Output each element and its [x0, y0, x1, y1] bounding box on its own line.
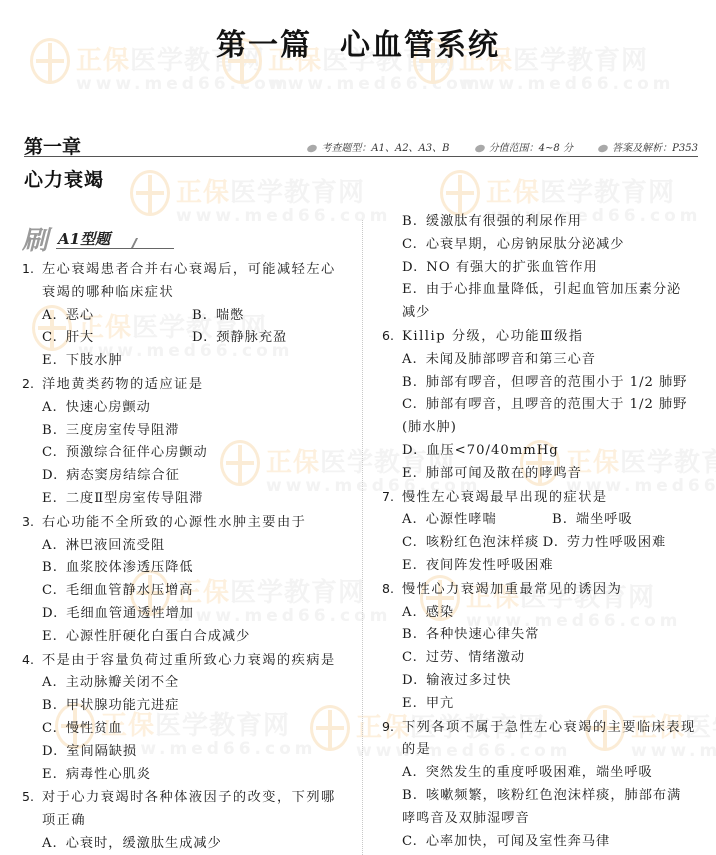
- question-stem: 6.Killip 分级，心功能Ⅲ级指: [382, 325, 702, 349]
- option-a: A.淋巴液回流受阻: [22, 535, 344, 558]
- meta-score-range: 分值范围：4~8 分: [475, 143, 573, 154]
- chapter-name: 心力衰竭: [24, 165, 104, 192]
- option-b: B.甲状腺功能亢进症: [22, 695, 344, 718]
- chapter-label: 第一章: [24, 132, 81, 159]
- leaf-bullet-icon: [306, 144, 318, 154]
- option-c: C.心率加快，可闻及室性奔马律: [382, 831, 702, 854]
- option-c: C.肺部有啰音，且啰音的范围大于 1/2 肺野: [382, 394, 702, 417]
- option-a: A.主动脉瓣关闭不全: [22, 672, 344, 695]
- watermark-logo-icon: [130, 170, 170, 216]
- option-d: D.颈静脉充盈: [192, 327, 342, 350]
- section-prefix: 刷: [22, 220, 48, 257]
- option-a: A.恶心: [42, 305, 192, 328]
- question-stem: 3.右心功能不全所致的心源性水肿主要由于: [22, 511, 344, 535]
- question-stem: 9.下列各项不属于急性左心衰竭的主要临床表现的是: [382, 716, 702, 763]
- question-stem: 2.洋地黄类药物的适应证是: [22, 373, 344, 397]
- option-d: D.毛细血管通透性增加: [22, 603, 344, 626]
- option-c: C.慢性贫血: [22, 718, 344, 741]
- question-5: 5.对于心力衰竭时各种体液因子的改变，下列哪项正确 A.心衰时，缓激肽生成减少: [22, 786, 344, 855]
- question-9: 9.下列各项不属于急性左心衰竭的主要临床表现的是 A.突然发生的重度呼吸困难，端…: [382, 716, 702, 854]
- option-c: C.咳粉红色泡沫样痰: [402, 532, 543, 555]
- question-stem: 7.慢性左心衰竭最早出现的症状是: [382, 486, 702, 510]
- leaf-bullet-icon: [597, 144, 609, 154]
- question-5-continued: B.缓激肽有很强的利尿作用 C.心衰早期，心房钠尿肽分泌减少 D.NO 有强大的…: [382, 211, 702, 325]
- option-d: D.输液过多过快: [382, 670, 702, 693]
- option-a: A.心源性哮喘: [402, 509, 552, 532]
- section-type: A1型题: [58, 228, 110, 249]
- option-c: C.肝大: [42, 327, 192, 350]
- option-c: C.心衰早期，心房钠尿肽分泌减少: [382, 234, 702, 257]
- option-b: B.喘憋: [192, 305, 342, 328]
- question-2: 2.洋地黄类药物的适应证是 A.快速心房颤动 B.三度房室传导阻滞 C.预激综合…: [22, 373, 344, 511]
- question-4: 4.不是由于容量负荷过重所致心力衰竭的疾病是 A.主动脉瓣关闭不全 B.甲状腺功…: [22, 649, 344, 787]
- option-a: A.心衰时，缓激肽生成减少: [22, 833, 344, 855]
- option-d: D.劳力性呼吸困难: [543, 532, 702, 555]
- option-d: D.NO 有强大的扩张血管作用: [382, 257, 702, 280]
- option-d: D.血压<70/40mmHg: [382, 440, 702, 463]
- option-b-continued: 哮鸣音及双肺湿啰音: [382, 808, 702, 831]
- option-e: E.肺部可闻及散在的哮鸣音: [382, 463, 702, 486]
- question-8: 8.慢性心力衰竭加重最常见的诱因为 A.感染 B.各种快速心律失常 C.过劳、情…: [382, 578, 702, 716]
- option-a: A.突然发生的重度呼吸困难，端坐呼吸: [382, 762, 702, 785]
- option-b: B.端坐呼吸: [552, 509, 702, 532]
- option-b: B.血浆胶体渗透压降低: [22, 557, 344, 580]
- question-6: 6.Killip 分级，心功能Ⅲ级指 A.未闻及肺部啰音和第三心音 B.肺部有啰…: [382, 325, 702, 486]
- option-e: E.夜间阵发性呼吸困难: [382, 555, 702, 578]
- meta-answer-page: 答案及解析：P353: [598, 143, 698, 154]
- option-b: B.缓激肽有很强的利尿作用: [382, 211, 702, 234]
- meta-question-types: 考查题型：A1、A2、A3、B: [307, 143, 449, 154]
- option-e-continued: 减少: [382, 302, 702, 325]
- option-e: E.心源性肝硬化白蛋白合成减少: [22, 626, 344, 649]
- option-a: A.感染: [382, 602, 702, 625]
- option-c-continued: (肺水肿): [382, 417, 702, 440]
- option-a: A.未闻及肺部啰音和第三心音: [382, 349, 702, 372]
- watermark-logo-icon: [440, 170, 480, 216]
- chapter-header: 第一章 考查题型：A1、A2、A3、B 分值范围：4~8 分 答案及解析：P35…: [24, 132, 698, 157]
- option-a: A.快速心房颤动: [22, 397, 344, 420]
- question-3: 3.右心功能不全所致的心源性水肿主要由于 A.淋巴液回流受阻 B.血浆胶体渗透压…: [22, 511, 344, 649]
- option-e: E.甲亢: [382, 693, 702, 716]
- question-stem: 4.不是由于容量负荷过重所致心力衰竭的疾病是: [22, 649, 344, 673]
- section-header: 刷 A1型题 //: [22, 222, 174, 252]
- option-b: B.咳嗽频繁，咳粉红色泡沫样痰，肺部布满: [382, 785, 702, 808]
- option-e: E.病毒性心肌炎: [22, 764, 344, 787]
- slash-ornament-icon: //: [132, 236, 134, 250]
- option-d: D.室间隔缺损: [22, 741, 344, 764]
- option-b: B.肺部有啰音，但啰音的范围小于 1/2 肺野: [382, 372, 702, 395]
- column-divider: [362, 220, 363, 855]
- option-e: E.由于心排血量降低，引起血管加压素分泌: [382, 279, 702, 302]
- question-stem: 1.左心衰竭患者合并右心衰竭后，可能减轻左心衰竭的哪种临床症状: [22, 258, 344, 305]
- question-stem: 8.慢性心力衰竭加重最常见的诱因为: [382, 578, 702, 602]
- right-column: B.缓激肽有很强的利尿作用 C.心衰早期，心房钠尿肽分泌减少 D.NO 有强大的…: [382, 211, 702, 853]
- option-d: D.病态窦房结综合征: [22, 465, 344, 488]
- option-c: C.过劳、情绪激动: [382, 647, 702, 670]
- question-stem: 5.对于心力衰竭时各种体液因子的改变，下列哪项正确: [22, 786, 344, 833]
- option-e: E.下肢水肿: [22, 350, 344, 373]
- part-title: 第一篇心血管系统: [0, 20, 716, 64]
- option-b: B.各种快速心律失常: [382, 624, 702, 647]
- option-e: E.二度Ⅱ型房室传导阻滞: [22, 488, 344, 511]
- option-c: C.毛细血管静水压增高: [22, 580, 344, 603]
- leaf-bullet-icon: [474, 144, 486, 154]
- option-b: B.三度房室传导阻滞: [22, 420, 344, 443]
- section-rule: [56, 248, 174, 249]
- question-7: 7.慢性左心衰竭最早出现的症状是 A.心源性哮喘 B.端坐呼吸 C.咳粉红色泡沫…: [382, 486, 702, 578]
- question-1: 1.左心衰竭患者合并右心衰竭后，可能减轻左心衰竭的哪种临床症状 A.恶心 B.喘…: [22, 258, 344, 373]
- chapter-meta: 考查题型：A1、A2、A3、B 分值范围：4~8 分 答案及解析：P353: [285, 139, 698, 154]
- option-c: C.预激综合征伴心房颤动: [22, 442, 344, 465]
- left-column: 1.左心衰竭患者合并右心衰竭后，可能减轻左心衰竭的哪种临床症状 A.恶心 B.喘…: [22, 258, 344, 855]
